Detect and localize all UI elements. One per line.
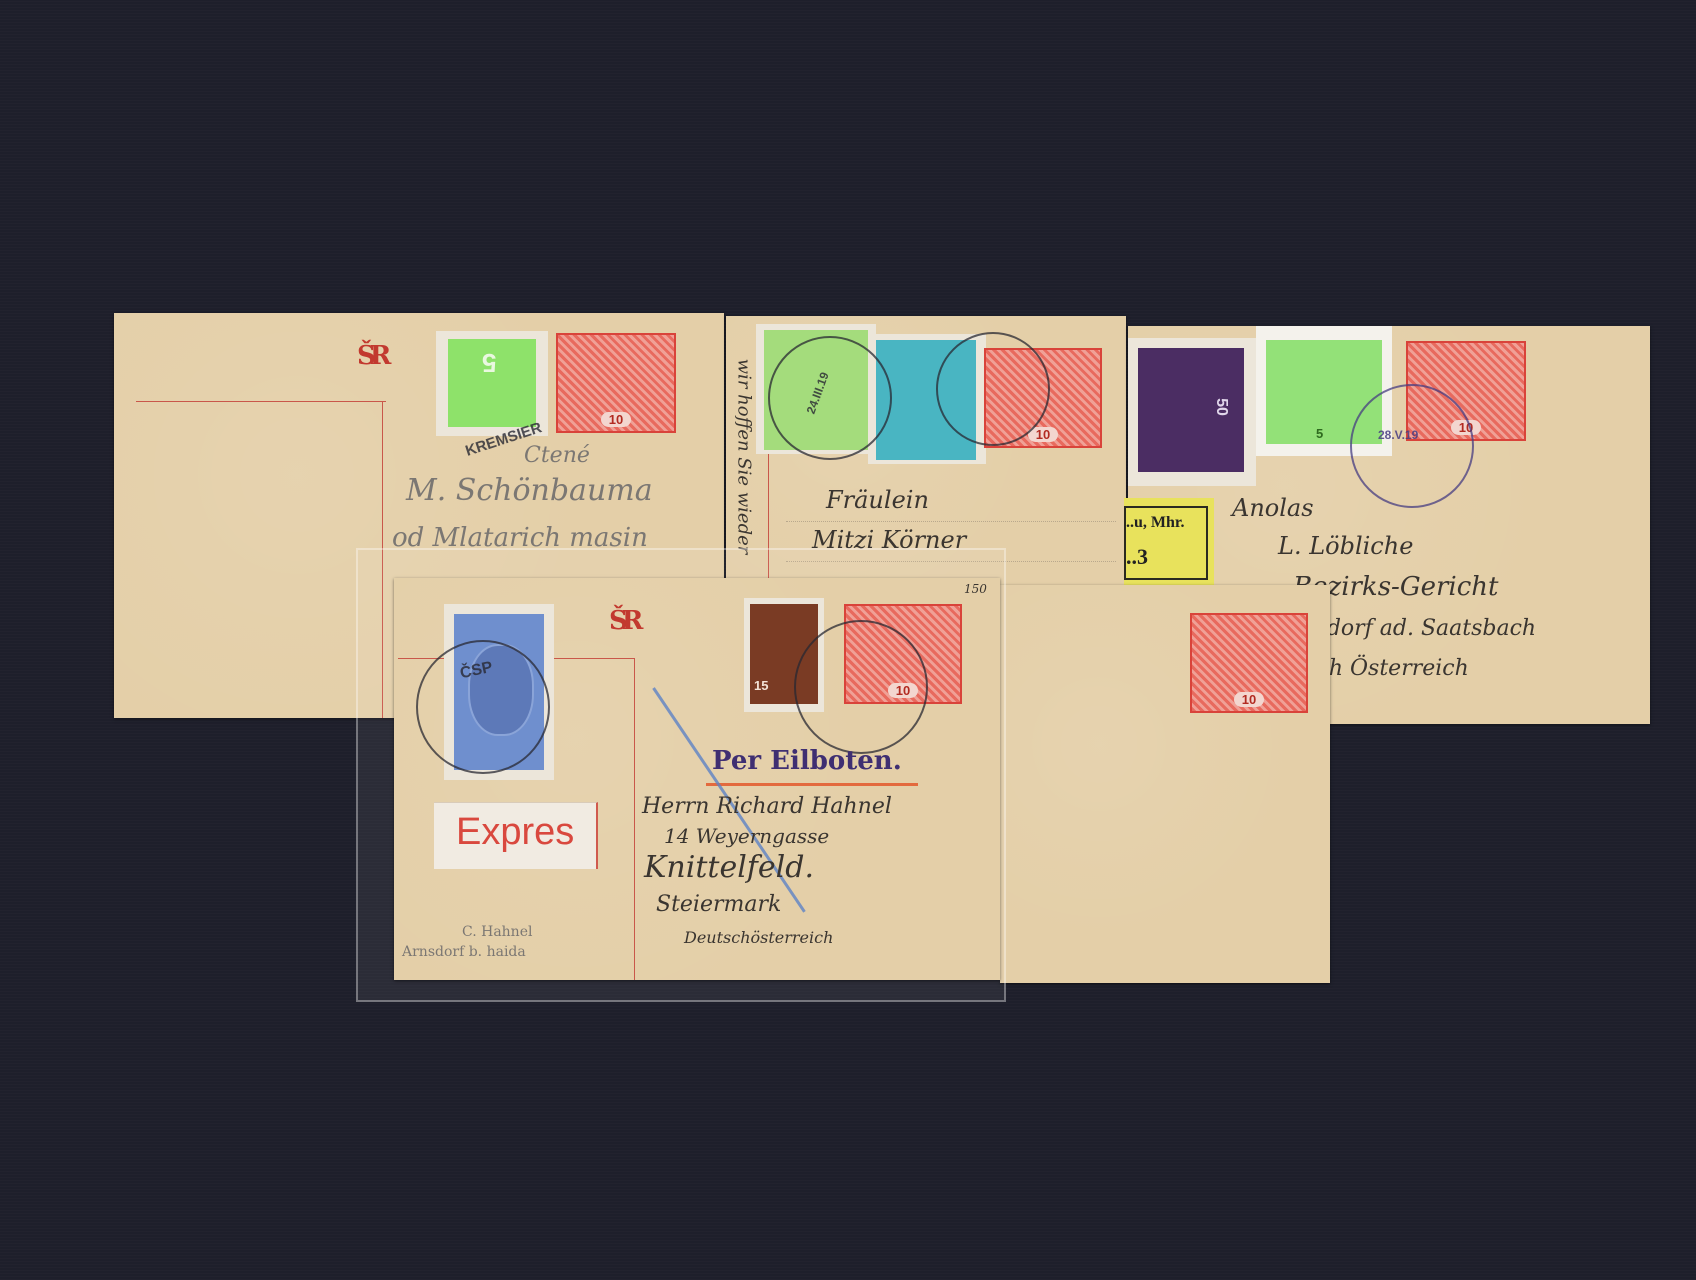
hradcany-stamp-50: 50 <box>1128 338 1256 486</box>
addressee-salutation: Fräulein <box>826 486 929 514</box>
postmark-praha-8 <box>768 336 892 460</box>
address-line: Steiermark <box>656 892 781 917</box>
postmark-arnsdorf <box>794 620 928 754</box>
side-handwriting: wir hoffen Sie wieder <box>733 359 754 555</box>
cachet-underline <box>706 783 918 786</box>
address-line <box>786 521 1116 522</box>
address-line: Deutschösterreich <box>684 928 833 947</box>
postcard-4: 10 <box>1000 585 1330 983</box>
postmark-reichenau <box>1350 384 1474 508</box>
address-divider-h <box>136 401 386 402</box>
postcard-front-express: 150 ŠR ČSP 15 10 Expres Per Eilboten. He… <box>394 578 1000 980</box>
imprinted-stamp-10: 10 <box>556 333 676 433</box>
sender-stamp: Arnsdorf b. haida <box>402 944 526 960</box>
corner-note: 150 <box>964 582 987 596</box>
sr-monogram: ŠR <box>357 341 385 371</box>
address-line: Knittelfeld. <box>644 850 814 885</box>
per-eilboten-cachet: Per Eilboten. <box>712 746 902 776</box>
postmark-praha-8 <box>936 332 1050 446</box>
sr-monogram: ŠR <box>609 606 637 636</box>
handwriting-line: Ctené <box>524 443 590 468</box>
handwriting-line: M. Schönbauma <box>406 473 653 508</box>
address-line: 14 Weyerngasse <box>664 824 829 848</box>
sender-stamp: C. Hahnel <box>462 924 532 940</box>
postcard-2: wir hoffen Sie wieder 10 24.III.19 Fräul… <box>726 316 1126 586</box>
registration-label: ..u, Mhr. ..3 <box>1124 498 1214 586</box>
address-line: L. Löbliche <box>1278 532 1413 560</box>
imprinted-stamp-10: 10 <box>1190 613 1308 713</box>
address-divider-v <box>634 658 635 980</box>
address-line: Herrn Richard Hahnel <box>642 794 892 819</box>
newspaper-stamp-5: 5 <box>436 331 548 436</box>
expres-label: Expres <box>434 802 598 869</box>
address-line: Anolas <box>1232 494 1314 522</box>
postmark-date: 28.V.19 <box>1378 428 1418 442</box>
